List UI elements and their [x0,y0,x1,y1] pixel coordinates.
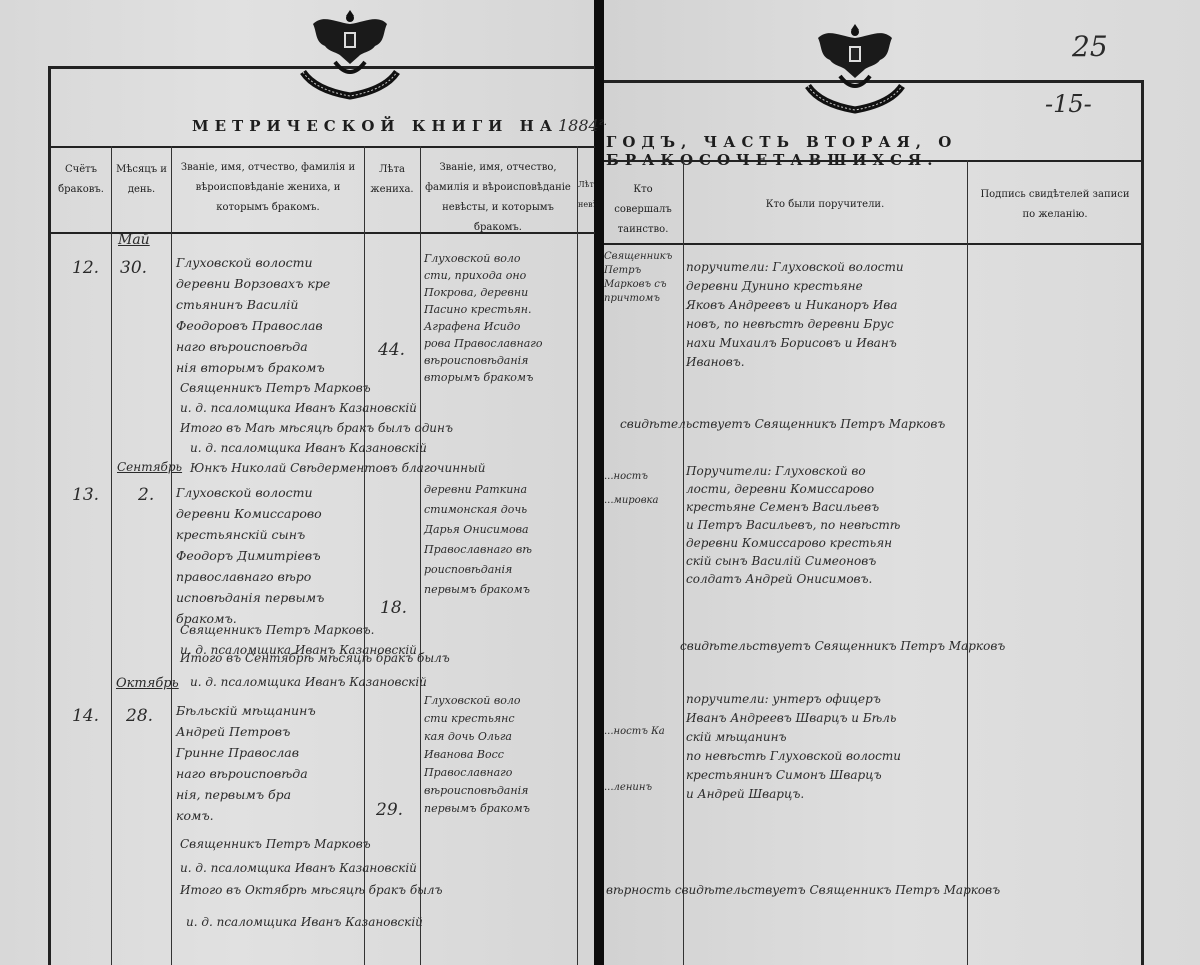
entry-groom-age: 29. [376,800,403,820]
entry-officiant: ...ностъ Ка ...ленинъ [604,704,684,816]
header-bride-age: Лѣта невѣсты. [578,175,594,215]
header-groom-age: Лѣта жениха. [366,160,418,200]
entry-footer-note: и. д. псаломщика Иванъ Казановскій [186,912,586,933]
header-top-rule-left [50,146,595,148]
entry-groom-age: 18. [380,598,407,618]
entry-count: 13. [72,485,99,505]
page-number: -15- [1045,90,1092,118]
book-gutter [594,0,604,965]
header-signatures: Подпись свидѣтелей записи по желанію. [980,185,1130,225]
entry-groom: Глуховской волости деревни Комиссарово к… [176,482,366,629]
entry-officiant: ...ностъ ...мировка [604,465,684,513]
title-right: ГОДЪ, ЧАСТЬ ВТОРАЯ, О БРАКОСОЧЕТАВШИХСЯ. [606,133,1200,169]
entry-bride: деревни Раткина стимонская дочь Дарья Он… [424,480,580,600]
entry-day: 2. [138,485,154,505]
header-month-day: Мѣсяцъ и день. [113,160,170,200]
entry-sponsors: поручители: Глуховской волости деревни Д… [686,258,968,372]
entry-pre-note: и. д. псаломщика Иванъ Казановскій Юнкъ … [190,438,590,478]
title-year: 1884 [558,116,599,135]
entry-month-total: Итого въ Октябрѣ мѣсяцѣ бракъ былъ [180,880,590,901]
header-top-rule-right [604,160,1144,162]
entry-month: Сентябрь [117,460,182,474]
entry-month-total: Итого въ Маѣ мѣсяцѣ бракъ былъ одинъ [180,418,590,439]
left-frame-side [48,66,51,965]
entry-officiant: Священникъ Петръ Марковъ съ причтомъ [604,250,684,306]
entry-pre-note: и. д. псаломщика Иванъ Казановскій [190,672,590,693]
entry-groom: Бѣльскій мѣщанинъ Андрей Петровъ Гринне … [176,700,366,826]
entry-clergy-note: Священникъ Петръ Марковъ и. д. псаломщик… [180,832,580,880]
right-frame-side [1141,80,1144,965]
entry-month-total-attest: свидѣтельствуетъ Священникъ Петръ Марков… [680,636,1140,657]
entry-sponsors: поручители: унтеръ офицеръ Иванъ Андреев… [686,690,968,804]
entry-count: 12. [72,258,99,278]
entry-month: Май [118,232,150,248]
title-left: МЕТРИЧЕСКОЙ КНИГИ НА1884г. [192,116,607,135]
entry-clergy-note: Священникъ Петръ Марковъ и. д. псаломщик… [180,378,580,418]
entry-groom-age: 44. [378,340,405,360]
header-bottom-rule-right [604,243,1144,245]
header-bride: Званіе, имя, отчество, фамилія и вѣроисп… [422,158,574,238]
entry-month-total: Итого въ Сентябрѣ мѣсяцѣ бракъ былъ [180,648,590,669]
folio-number: 25 [1072,30,1108,63]
entry-count: 14. [72,706,99,726]
entry-bride: Глуховской воло сти, прихода оно Покрова… [424,250,580,386]
imperial-eagle-crest-icon [295,2,405,102]
entry-groom: Глуховской волости деревни Ворзовахъ кре… [176,252,366,378]
entry-day: 30. [120,258,147,278]
header-count: Счётъ браковъ. [52,160,110,200]
entry-bride: Глуховской воло сти крестьянс кая дочь О… [424,692,580,818]
col-divider [171,146,172,965]
entry-month-total-attest: вѣрность свидѣтельствуетъ Священникъ Пет… [606,880,1146,901]
entry-sponsors: Поручители: Глуховской во лости, деревни… [686,462,968,588]
header-officiant: Кто совершалъ таинство. [604,180,682,240]
header-groom: Званіе, имя, отчество, фамилія и вѣроисп… [176,158,360,218]
col-divider [111,146,112,965]
entry-day: 28. [126,706,153,726]
header-sponsors: Кто были поручители. [690,195,960,215]
entry-month: Октябрь [116,676,179,691]
entry-month-total-attest: свидѣтельствуетъ Священникъ Петръ Марков… [620,414,1100,435]
imperial-eagle-crest-icon [800,16,910,116]
